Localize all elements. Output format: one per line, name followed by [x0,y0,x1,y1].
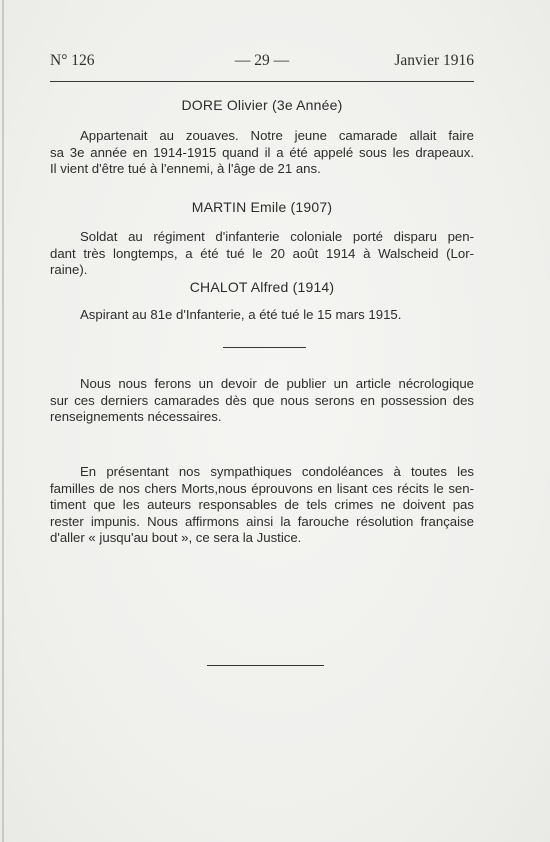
text-line: Soldat au régiment d'infanterie colonial… [50,229,474,246]
text-line: sur ces derniers camarades dès que nous … [50,393,474,410]
text-line: Appartenait au zouaves. Notre jeune cama… [50,128,474,145]
notice-paragraph: Nous nous ferons un devoir de publier un… [50,376,474,426]
entry-heading-martin: MARTIN Emile (1907) [50,199,474,215]
document-page: N° 126 — 29 — Janvier 1916 DORE Olivier … [0,0,550,842]
text-line: Il vient d'être tué à l'ennemi, à l'âge … [50,161,474,178]
text-line: Nous nous ferons un devoir de publier un… [50,376,474,393]
entry-heading-chalot: CHALOT Alfred (1914) [50,279,474,295]
text-line: raine). [50,262,474,279]
entry-text-chalot: Aspirant au 81e d'Infanterie, a été tué … [50,307,474,324]
page-edge [2,0,4,842]
text-line: dant très longtemps, a été tué le 20 aoû… [50,246,474,263]
text-line: rester impunis. Nous affirmons ainsi la … [50,514,474,531]
entry-heading-dore: DORE Olivier (3e Année) [50,97,474,113]
section-divider [223,347,306,348]
text-line: En présentant nos sympathiques condoléan… [50,464,474,481]
text-line: d'aller « jusqu'au bout », ce sera la Ju… [50,530,474,547]
text-line: renseignements nécessaires. [50,409,474,426]
issue-date: Janvier 1916 [394,52,474,70]
page-header: N° 126 — 29 — Janvier 1916 [50,52,474,72]
end-divider [207,665,324,666]
text-line: timent que les auteurs responsables de t… [50,497,474,514]
entry-text-dore: Appartenait au zouaves. Notre jeune cama… [50,128,474,178]
text-line: sa 3e année en 1914-1915 quand il a été … [50,145,474,162]
entry-text-martin: Soldat au régiment d'infanterie colonial… [50,229,474,279]
text-line: Aspirant au 81e d'Infanterie, a été tué … [50,307,474,324]
closing-paragraph: En présentant nos sympathiques condoléan… [50,464,474,547]
text-line: familles de nos chers Morts,nous éprouvo… [50,481,474,498]
header-divider [50,81,474,82]
